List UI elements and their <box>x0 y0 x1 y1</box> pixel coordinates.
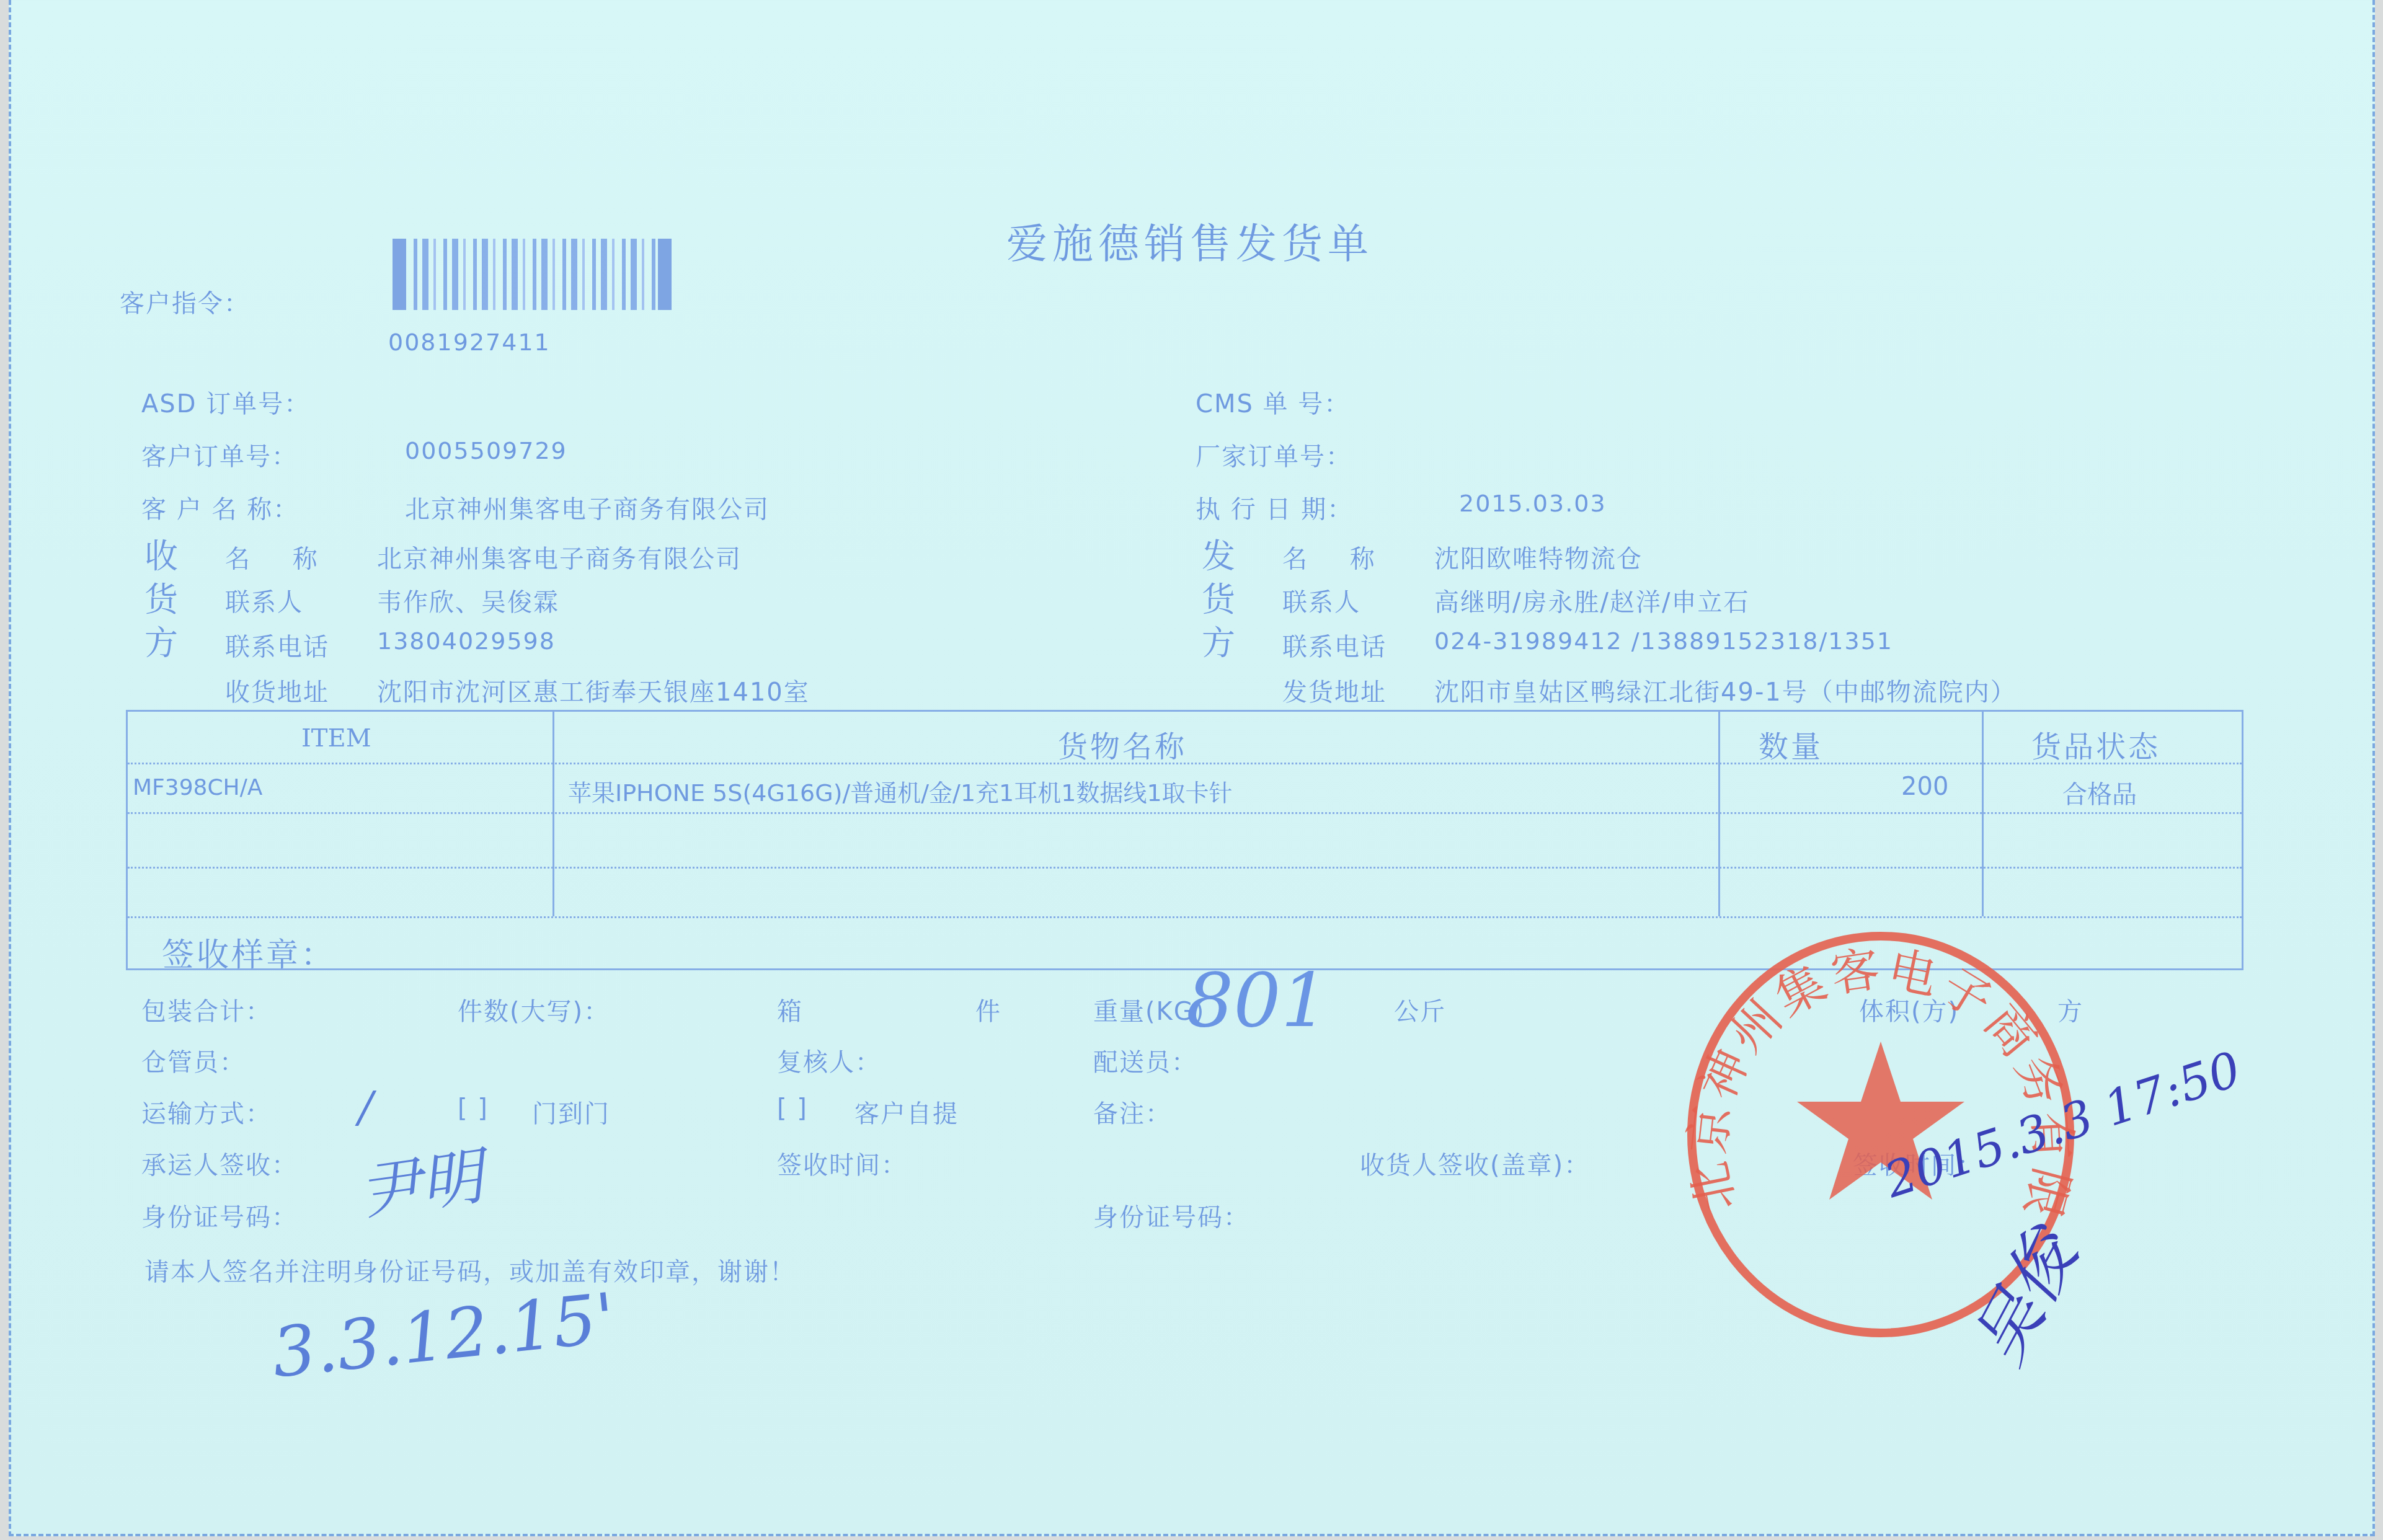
warehouse-label: 仓管员： <box>141 1043 246 1078</box>
shipper-contact-label: 联系人 <box>1282 583 1360 618</box>
client-instruction-label: 客户指令： <box>120 284 250 319</box>
customer-name-value: 北京神州集客电子商务有限公司 <box>405 490 770 525</box>
customer-order-label: 客户订单号： <box>141 437 298 472</box>
receiver-address-label: 收货地址 <box>225 673 329 708</box>
shipper-phone-label: 联系电话 <box>1282 627 1387 663</box>
reviewer-label: 复核人： <box>777 1043 881 1078</box>
self-pickup-checkbox[interactable]: [ ] <box>777 1094 808 1123</box>
carrier-signature: 尹明 <box>353 1126 488 1232</box>
id-number-label-right: 身份证号码： <box>1093 1198 1249 1233</box>
vendor-order-label: 厂家订单号： <box>1196 437 1352 472</box>
table-col-divider <box>1982 712 1984 916</box>
receiver-name-label: 名 称 <box>225 539 335 575</box>
receiver-contact-label: 联系人 <box>225 583 303 618</box>
pieces-label: 件数(大写)： <box>458 992 610 1027</box>
sign-time-label: 签收时间： <box>777 1146 907 1181</box>
row-quantity: 200 <box>1901 772 1948 801</box>
exec-date-value: 2015.03.03 <box>1459 490 1607 517</box>
customer-order-value: 0005509729 <box>405 437 567 464</box>
id-number-label-left: 身份证号码： <box>141 1198 298 1233</box>
door-to-door-label: 门到门 <box>532 1094 610 1130</box>
handwritten-time: 3.3.12.15' <box>268 1278 619 1392</box>
receiver-address-value: 沈阳市沈河区惠工街奉天银座1410室 <box>377 673 810 708</box>
header-goods-name: 货物名称 <box>1058 723 1187 766</box>
header-quantity: 数量 <box>1759 723 1823 766</box>
shipper-address-value: 沈阳市皇姑区鸭绿江北街49-1号（中邮物流院内） <box>1434 673 2017 708</box>
receiver-phone-label: 联系电话 <box>225 627 329 663</box>
delivery-note-paper: 爱施德销售发货单 客户指令： 0081927411 ASD 订单号： 客户订单号… <box>9 0 2375 1536</box>
table-divider <box>128 812 2242 814</box>
table-divider <box>128 867 2242 869</box>
receiver-side-char-1: 收 <box>144 530 179 578</box>
receiver-side-char-2: 货 <box>144 573 179 621</box>
exec-date-label: 执 行 日 期： <box>1196 490 1353 525</box>
header-item: ITEM <box>301 724 371 753</box>
row-item: MF398CH/A <box>133 775 262 800</box>
table-col-divider <box>1718 712 1720 916</box>
receiver-side-char-3: 方 <box>144 617 179 665</box>
receiver-name-value: 北京神州集客电子商务有限公司 <box>377 539 742 575</box>
weight-handwritten: 801 <box>1186 958 1328 1044</box>
package-total-label: 包装合计： <box>141 992 272 1027</box>
sign-sample-label: 签收样章： <box>162 929 335 975</box>
customer-name-label: 客 户 名 称： <box>141 490 299 525</box>
transport-mark: / <box>358 1082 373 1133</box>
transport-label: 运输方式： <box>141 1094 272 1130</box>
weight-unit: 公斤 <box>1394 992 1446 1027</box>
table-divider <box>128 916 2242 918</box>
receiver-contact-value: 韦作欣、吴俊霖 <box>377 583 559 618</box>
barcode <box>393 239 672 310</box>
shipper-phone-value: 024-31989412 /13889152318/1351 <box>1434 627 1893 655</box>
client-instruction-code: 0081927411 <box>388 329 551 356</box>
cms-label: CMS 单 号： <box>1196 384 1350 420</box>
remark-label: 备注： <box>1093 1094 1171 1130</box>
shipper-side-char-3: 方 <box>1202 617 1236 665</box>
shipper-contact-value: 高继明/房永胜/赵洋/申立石 <box>1434 583 1749 618</box>
dispatcher-label: 配送员： <box>1093 1043 1197 1078</box>
row-goods-name: 苹果IPHONE 5S(4G16G)/普通机/金/1充1耳机1数据线1取卡针 <box>568 774 1233 808</box>
table-col-divider <box>552 712 554 916</box>
header-status: 货品状态 <box>2031 723 2160 766</box>
asd-order-label: ASD 订单号： <box>141 384 310 420</box>
shipper-address-label: 发货地址 <box>1282 673 1387 708</box>
piece-label: 件 <box>975 992 1001 1027</box>
row-status: 合格品 <box>2062 775 2137 810</box>
signature-notice: 请本人签名并注明身份证号码，或加盖有效印章，谢谢！ <box>144 1252 796 1288</box>
receiver-phone-value: 13804029598 <box>377 627 556 655</box>
shipper-side-char-1: 发 <box>1202 530 1236 578</box>
door-to-door-checkbox[interactable]: [ ] <box>458 1094 489 1123</box>
shipper-side-char-2: 货 <box>1202 573 1236 621</box>
box-label: 箱 <box>777 992 803 1027</box>
shipper-name-value: 沈阳欧唯特物流仓 <box>1434 539 1643 575</box>
receiver-sign-label: 收货人签收(盖章)： <box>1360 1146 1590 1181</box>
shipper-name-label: 名 称 <box>1282 539 1392 575</box>
document-title: 爱施德销售发货单 <box>1006 211 1373 270</box>
self-pickup-label: 客户自提 <box>854 1094 959 1130</box>
carrier-sign-label: 承运人签收： <box>141 1146 298 1181</box>
